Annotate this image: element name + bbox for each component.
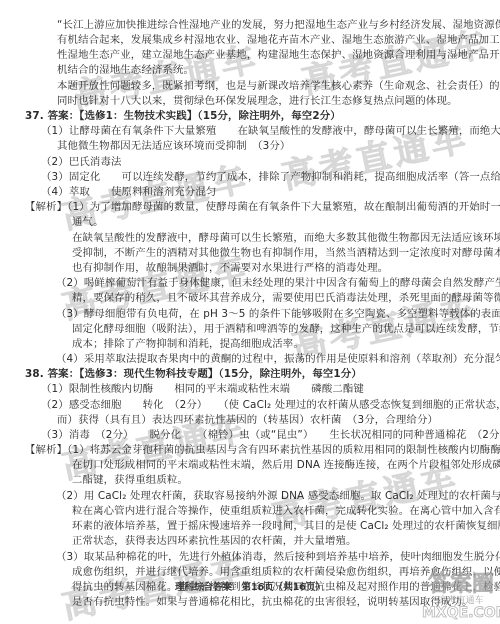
text-line: （4）萃取 使原料和溶剂充分混匀 (41, 186, 216, 199)
text-line: 精，要保存的稍久，且不破坏其营养成分，需要使用巴氏消毒法处理，杀死里面的酵母菌等… (72, 292, 500, 305)
text-line: （3）消毒 （2分） 脱分化 （棉铃）虫（或“昆虫”） 生长状况相同的同种普通棉… (41, 429, 500, 442)
text-line: 同时也针对十八大以来，贯彻绿色环保发展理念，进行长江生态修复热点问题的体现。 (57, 95, 458, 108)
text-line: （2）喝鲜榨葡萄汁有益于身体健康，但未经处理的果汁中因含有葡萄上的酵母菌会自然发… (56, 277, 500, 290)
text-line: （3）固定化 可以连续发酵，节约了成本，排除了产物抑制和消耗，提高细胞成活率（答… (41, 171, 500, 184)
text-line: 在缺氧呈酸性的发酵液中，酵母菌可以生长繁殖，而绝大多数其他微生物都因无法适应该环… (72, 232, 500, 245)
text-line: 在切口处形成相同的平末端或粘性末端，然后用 DNA 连接酶连接，在两个片段相邻处… (72, 459, 500, 472)
text-line: （2）巴氏消毒法 (41, 156, 122, 169)
text-line: 【解析】（1）为了增加酵母菌的数量，使酵母菌在有氧条件下大量繁殖，故在酿制出葡萄… (25, 201, 500, 214)
text-line: （2）感受态细胞 转化 （2分） （使 CaCl₂ 处理过的农杆菌从感受态恢复到… (41, 399, 500, 412)
text-line: 正常状态，获得表达四环素抗性基因的农杆菌，并大量增殖。 (72, 535, 357, 548)
section-heading: 37. 答案：【选修1：生物技术实践】（15分，除注明外，每空2分） (25, 110, 341, 123)
answer-page: 高考直通车高考直通车高考直通车高考直通车高考直通车高考直通车高考直通车高考直通车… (0, 0, 500, 624)
text-line: （1）让酵母菌在有氧条件下大量繁殖 在缺氧呈酸性的发酵液中，酵母菌可以生长繁殖，… (41, 125, 500, 138)
watermark-text: 高考直通车 (277, 111, 473, 198)
text-line: 粒在离心管内进行混合等操作，使重组质粒进入农杆菌，完成转化实验。在离心管中加入含… (72, 505, 500, 518)
text-line: （4）采用萃取法提取杏果肉中的黄酮的过程中，振荡的作用是使原料和溶剂（萃取剂）充… (56, 353, 500, 366)
text-line: （1）限制性核酸内切酶 相同的平末端或粘性末端 磷酸二酯键 (41, 383, 364, 396)
site-logo-watermark: 答案圈 高考直通车 MXQE.COM (422, 574, 500, 624)
text-line: 机结合的湿地生态经济系统。 (57, 64, 194, 77)
text-line: 而）获得（具有且）表达四环素抗性基因的（转基因）农杆菌 （3分，合理给分） (57, 414, 438, 427)
text-line: 二酯键，获得重组质粒。 (72, 474, 188, 487)
text-line: 也有抑制作用，故酿制果酒时，不需要对水果进行严格的消毒处理。 (72, 262, 388, 275)
text-line: 受抑制，不断产生的酒精对其他微生物也有抑制作用，当然当酒精达到一定浓度时对酵母菌… (72, 247, 500, 260)
logo-title: 答案圈 (422, 574, 500, 596)
text-line: 成本；排除了产物抑制和消耗，提高细胞成活率。 (72, 338, 304, 351)
text-line: 有机结合起来，发展集成乡村湿地农业、湿地花卉苗木产业、湿地生态旅游产业、湿地产品… (57, 34, 500, 47)
text-line: 环素的液体培养基，置于摇床慢速培养一段时间，其目的是使 CaCl₂ 处理过的农杆… (72, 520, 500, 533)
text-line: 本题开放性问题较多，既紧扣考纲，也是与新课改培养学生核心素养（生命观念、社会责任… (57, 80, 500, 93)
text-line: （3）取某品种棉花的叶，先进行外植体消毒，然后接种到培养基中培养，使叶肉细胞发生… (56, 551, 500, 564)
text-line: 是否有抗虫特性。如果与普通棉花相比，抗虫棉花的虫害很轻，说明转基因取得成功。 (72, 596, 473, 609)
text-line: 固定化酵母细胞（吸附法），用于酒精和啤酒等的发酵，这种生产的优点是可以连续发酵，… (72, 323, 500, 336)
logo-domain: MXQE.COM (422, 606, 500, 621)
text-line: （2）用 CaCl₂ 处理农杆菌，获取容易接纳外源 DNA 感受态细胞。取 Ca… (56, 490, 500, 503)
text-line: 通气。 (72, 216, 104, 229)
section-heading: 38. 答案：【选修3：现代生物科技专题】（15分，除注明外，每空1分） (25, 368, 362, 381)
text-line: 其他微生物都因无法适应该环境而受抑制 （3分） (57, 140, 290, 153)
text-line: “长江上游应加快推进综合性湿地产业的发展，努力把湿地生态产业与乡村经济发展、湿地… (57, 19, 500, 32)
text-line: 性湿地生态产业，建立湿地生态产业基地，构建湿地生态保护、湿地资源合理利用与湿地产… (57, 49, 500, 62)
text-line: 【解析】（1）将苏云金芽孢杆菌的抗虫基因与含有四环素抗性基因的质粒用相同的限制性… (25, 444, 500, 457)
text-line: （3）酵母细胞带有负电荷，在 pH 3～5 的条件下能够吸附在多空陶瓷、多空塑料… (56, 308, 500, 321)
